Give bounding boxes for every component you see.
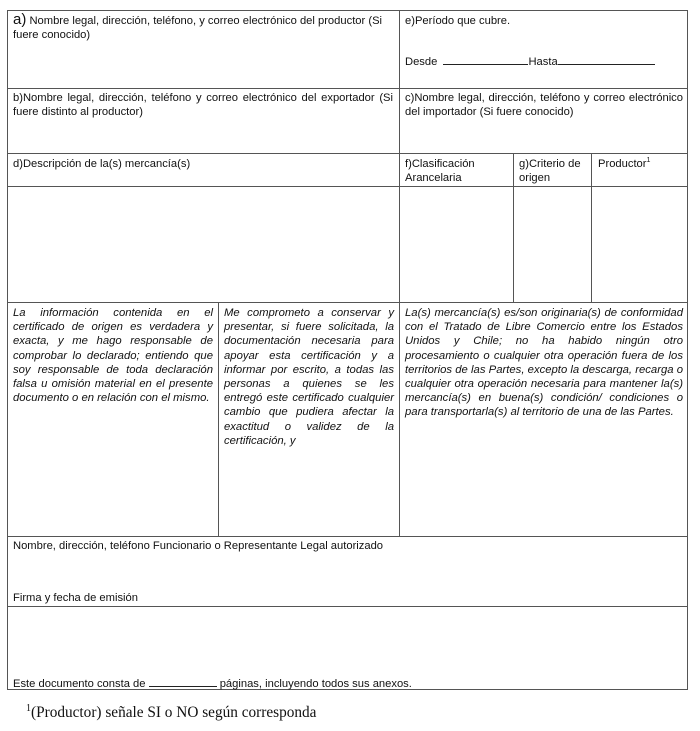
- divider: [591, 153, 592, 302]
- divider: [7, 302, 688, 303]
- section-c-label: c)Nombre legal, dirección, teléfono y co…: [405, 92, 683, 119]
- to-label: Hasta: [528, 56, 557, 68]
- footnote: 1(Productor) señale SI o NO según corres…: [26, 704, 316, 722]
- section-a-label: a) Nombre legal, dirección, teléfono, y …: [13, 13, 393, 42]
- criterion-field[interactable]: [515, 188, 589, 300]
- tariff-field[interactable]: [401, 188, 511, 300]
- from-date-field[interactable]: [443, 54, 528, 65]
- from-label: Desde: [405, 56, 437, 68]
- pages-row: Este documento consta de páginas, incluy…: [13, 676, 412, 692]
- header-description: d)Descripción de la(s) mercancía(s): [13, 158, 190, 172]
- section-a-letter: a): [13, 11, 26, 28]
- footnote-text: (Productor) señale SI o NO según corresp…: [31, 704, 316, 721]
- declaration-truthful: La información contenida en el certifica…: [13, 306, 213, 405]
- divider: [7, 536, 688, 537]
- exporter-field[interactable]: [9, 122, 397, 152]
- header-criterion: g)Criterio de origen: [519, 158, 585, 185]
- footnote-mark: 1: [647, 157, 651, 164]
- pages-prefix: Este documento consta de: [13, 678, 145, 690]
- declaration-records: Me comprometo a conservar y presentar, s…: [224, 306, 394, 448]
- period-row: Desde Hasta: [405, 54, 685, 70]
- divider: [7, 153, 688, 154]
- section-e-label: e)Período que cubre.: [405, 15, 510, 29]
- header-tariff: f)Clasificación Arancelaria: [405, 158, 505, 185]
- divider: [218, 302, 219, 536]
- producer-field[interactable]: [9, 45, 397, 86]
- description-field[interactable]: [9, 188, 397, 300]
- producer-yes-no-field[interactable]: [593, 188, 686, 300]
- pages-suffix: páginas, incluyendo todos sus anexos.: [220, 678, 412, 690]
- official-field[interactable]: [9, 556, 686, 588]
- official-label: Nombre, dirección, teléfono Funcionario …: [13, 540, 383, 554]
- divider: [7, 186, 688, 187]
- to-date-field[interactable]: [558, 54, 655, 65]
- signature-label: Firma y fecha de emisión: [13, 592, 138, 606]
- declaration-origin: La(s) mercancía(s) es/son originaria(s) …: [405, 306, 683, 420]
- pages-count-field[interactable]: [149, 676, 217, 687]
- divider: [399, 10, 400, 536]
- signature-field[interactable]: [9, 608, 686, 672]
- divider: [7, 88, 688, 89]
- header-producer: Productor1: [598, 158, 650, 172]
- importer-field[interactable]: [401, 122, 686, 152]
- divider: [7, 606, 688, 607]
- divider: [513, 153, 514, 302]
- section-b-label: b)Nombre legal, dirección, teléfono y co…: [13, 92, 393, 119]
